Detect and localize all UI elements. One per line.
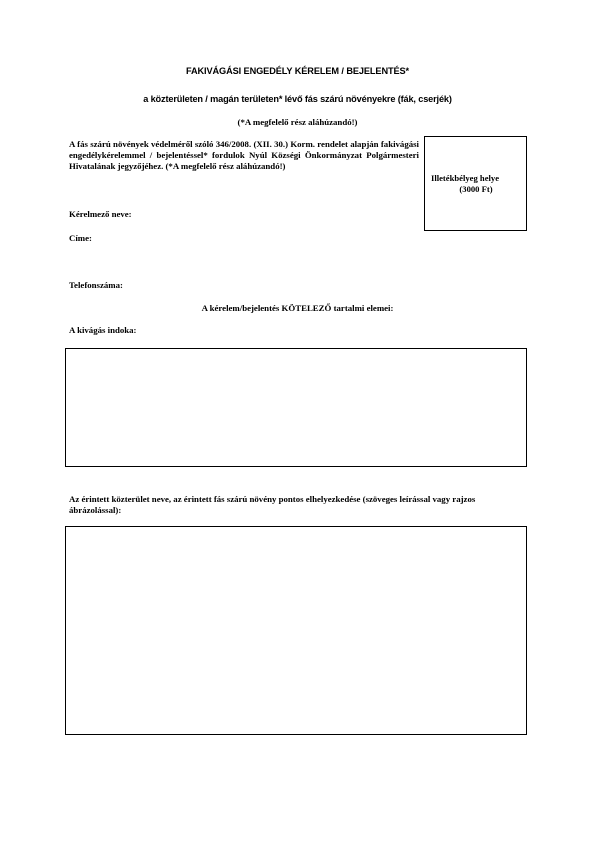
address-label: Címe: — [69, 233, 92, 243]
reason-label: A kivágás indoka: — [69, 325, 136, 335]
location-box[interactable] — [65, 526, 527, 735]
intro-paragraph: A fás szárú növények védelméről szóló 34… — [69, 139, 419, 171]
stamp-label: Illetékbélyeg helye (3000 Ft) — [426, 173, 526, 195]
mandatory-heading: A kérelem/bejelentés KÖTELEZŐ tartalmi e… — [0, 303, 595, 313]
reason-box[interactable] — [65, 348, 527, 467]
underline-note: (*A megfelelő rész aláhúzandó!) — [0, 117, 595, 127]
document-subtitle: a közterületen / magán területen* lévő f… — [0, 94, 595, 104]
stamp-label-line1: Illetékbélyeg helye — [426, 173, 526, 184]
location-label: Az érintett közterület neve, az érintett… — [69, 494, 529, 516]
applicant-name-label: Kérelmező neve: — [69, 209, 132, 219]
phone-label: Telefonszáma: — [69, 280, 123, 290]
stamp-label-fee: (3000 Ft) — [426, 184, 526, 195]
document-title: FAKIVÁGÁSI ENGEDÉLY KÉRELEM / BEJELENTÉS… — [0, 66, 595, 76]
